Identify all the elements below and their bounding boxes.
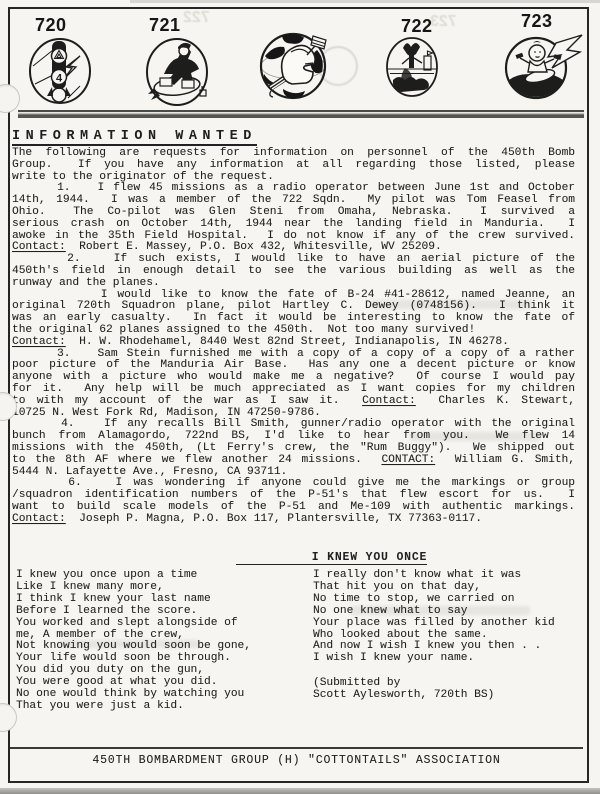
squadron-number-721: 721 xyxy=(149,15,181,36)
poem-left-column: I knew you once upon a timeLike I knew m… xyxy=(16,570,306,713)
text-line: Before I learned the score. xyxy=(16,606,306,618)
bleedthrough-number: 723 xyxy=(430,13,457,31)
squadron-721-emblem-icon xyxy=(144,34,210,108)
squadron-number-722: 722 xyxy=(401,16,433,37)
squadron-720-emblem-icon: 4 xyxy=(28,34,92,106)
text-line: I think I knew your last name xyxy=(16,594,306,606)
footer-divider-rule xyxy=(10,747,583,749)
scanned-newsletter-page: 723 722 720 721 722 723 4 xyxy=(0,0,600,794)
scan-edge-artifact-top xyxy=(130,0,600,3)
poem-right-column: I really don't know what it wasThat hit … xyxy=(313,570,583,702)
text-line: No one knew what to say xyxy=(313,606,583,618)
text-line: I wish I knew your name. xyxy=(313,653,583,665)
squadron-number-720: 720 xyxy=(35,15,67,36)
text-line: Scott Aylesworth, 720th BS) xyxy=(313,690,583,702)
squadron-723-emblem-icon xyxy=(496,27,584,105)
svg-text:4: 4 xyxy=(56,73,63,85)
hole-punch-bottom xyxy=(0,703,17,732)
group-450th-knight-globe-emblem-icon xyxy=(258,30,328,102)
header-divider-rule xyxy=(18,110,584,118)
information-wanted-section: INFORMATION WANTED The following are req… xyxy=(12,126,575,526)
poem-credit: (Submitted byScott Aylesworth, 720th BS) xyxy=(313,678,583,702)
footer-association-title: 450TH BOMBARDMENT GROUP (H) "COTTONTAILS… xyxy=(92,754,500,767)
information-wanted-title: INFORMATION WANTED xyxy=(12,130,257,146)
information-wanted-text: The following are requests for informati… xyxy=(12,148,575,526)
scan-edge-artifact-bottom xyxy=(0,788,600,794)
bleedthrough-number: 722 xyxy=(183,9,210,27)
text-line: Your place was filled by another kid xyxy=(313,618,583,630)
text-line: You worked and slept alongside of xyxy=(16,618,306,630)
poem-right-text: I really don't know what it wasThat hit … xyxy=(313,570,583,665)
hole-punch-top xyxy=(0,84,20,113)
poem-title-row: I KNEW YOU ONCE xyxy=(12,547,575,565)
poem-title: I KNEW YOU ONCE xyxy=(236,551,428,565)
text-line: Contact: Joseph P. Magna, P.O. Box 117, … xyxy=(12,514,575,526)
text-line: No time to stop, we carried on xyxy=(313,594,583,606)
squadron-722-emblem-icon xyxy=(385,36,439,98)
text-line: That you were just a kid. xyxy=(16,701,306,713)
page-footer: 450TH BOMBARDMENT GROUP (H) "COTTONTAILS… xyxy=(10,754,583,767)
